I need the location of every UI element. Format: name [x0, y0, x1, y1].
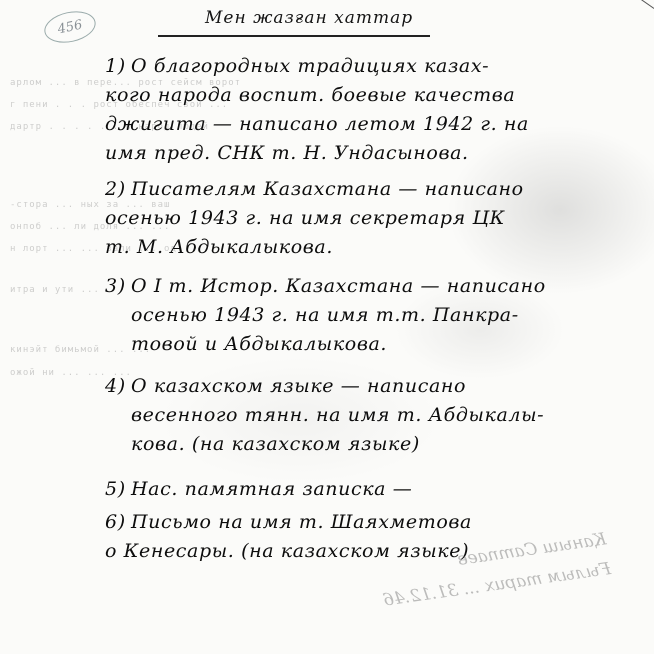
item-line: Письмо на имя т. Шаяхметова: [131, 511, 472, 533]
item-line: осенью 1943 г. на имя секретаря ЦК: [105, 204, 650, 233]
item-line: О благородных традициях казах-: [131, 55, 489, 77]
item-line: имя пред. СНК т. Н. Ундасынова.: [105, 139, 650, 168]
item-line: товой и Абдыкалыкова.: [105, 330, 650, 359]
paper-crease: [605, 0, 654, 9]
item-line: весенного тянн. на имя т. Абдыкалы-: [105, 401, 650, 430]
item-line: кого народа воспит. боевые качества: [105, 81, 650, 110]
item-number: 5): [105, 475, 131, 504]
item-line: т. М. Абдыкалыкова.: [105, 233, 650, 262]
list-item-1: 1)О благородных традициях казах- кого на…: [105, 52, 650, 168]
item-line: О I т. Истор. Казахстана — написано: [131, 275, 546, 297]
title-underline: [158, 35, 430, 37]
item-line: осенью 1943 г. на имя т.т. Панкра-: [105, 301, 650, 330]
item-line: О казахском языке — написано: [131, 375, 466, 397]
item-line: Нас. памятная записка —: [131, 478, 412, 500]
item-number: 6): [105, 508, 131, 537]
item-line: джигита — написано летом 1942 г. на: [105, 110, 650, 139]
item-number: 2): [105, 175, 131, 204]
item-number: 3): [105, 272, 131, 301]
document-title: Мен жазған хаттар: [205, 8, 413, 28]
item-line: Писателям Казахстана — написано: [131, 178, 524, 200]
list-item-5: 5)Нас. памятная записка —: [105, 475, 650, 504]
item-number: 1): [105, 52, 131, 81]
bleed-through-text: итра и ути ...: [10, 285, 100, 295]
document-page: арлом ... в пере... рост сейсм ворот г п…: [0, 0, 654, 654]
list-item-3: 3)О I т. Истор. Казахстана — написано ос…: [105, 272, 650, 359]
list-item-2: 2)Писателям Казахстана — написано осенью…: [105, 175, 650, 262]
item-number: 4): [105, 372, 131, 401]
list-item-4: 4)О казахском языке — написано весенного…: [105, 372, 650, 459]
archive-number-stamp: 456: [41, 7, 98, 47]
item-line: кова. (на казахском языке): [105, 430, 650, 459]
